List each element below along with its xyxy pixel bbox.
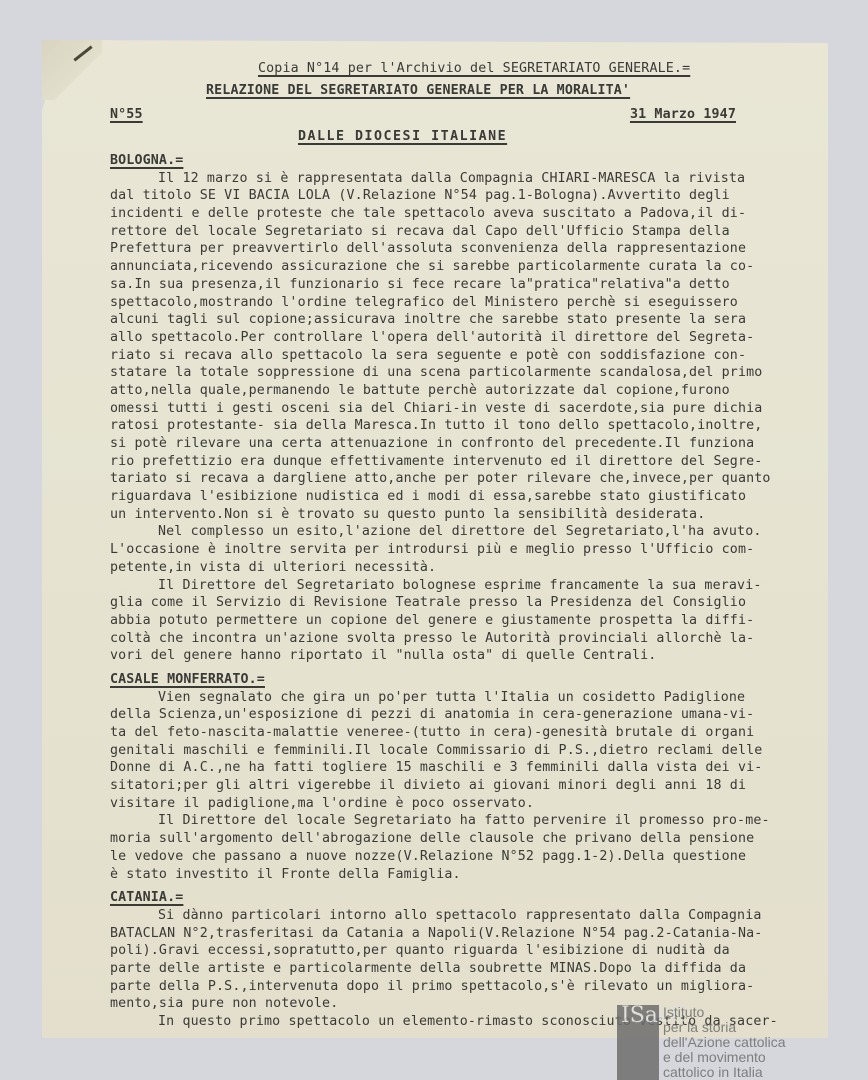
text-line: annunciata,ricevendo assicurazione che s… [110, 258, 830, 276]
report-date: 31 Marzo 1947 [630, 106, 736, 128]
text-line: allo spettacolo.Per controllare l'opera … [110, 329, 830, 347]
watermark-line: dell'Azione cattolica [663, 1035, 786, 1050]
text-line: si potè rilevare una certa attenuazione … [110, 435, 830, 453]
section-heading-text: BOLOGNA.= [110, 153, 183, 168]
text-line: è stato investito il Fronte della Famigl… [110, 866, 830, 884]
section-heading: CASALE MONFERRATO.= [110, 671, 830, 689]
text-line: genitali maschili e femminili.Il locale … [110, 742, 830, 760]
text-line: Il Direttore del Segretariato bolognese … [110, 577, 830, 595]
text-line: della Scienza,un'esposizione di pezzi di… [110, 706, 830, 724]
text-line: Prefettura per preavvertirlo dell'assolu… [110, 240, 830, 258]
text-line: spettacolo,mostrando l'ordine telegrafic… [110, 294, 830, 312]
text-line: vori del genere hanno riportato il "null… [110, 647, 830, 665]
text-line: Donne di A.C.,ne ha fatti togliere 15 ma… [110, 759, 830, 777]
text-line: glia come il Servizio di Revisione Teatr… [110, 594, 830, 612]
report-number: N°55 [110, 106, 143, 128]
text-line: le vedove che passano a nuove nozze(V.Re… [110, 848, 830, 866]
text-line: statare la totale soppressione di una sc… [110, 364, 830, 382]
text-line: omessi tutti i gesti osceni sia del Chia… [110, 400, 830, 418]
text-line: Si dànno particolari intorno allo spetta… [110, 907, 830, 925]
watermark-line: Istituto [663, 1005, 786, 1020]
text-line: un intervento.Non si è trovato su questo… [110, 506, 830, 524]
watermark-text: Istitutoper la storiadell'Azione cattoli… [659, 1005, 786, 1080]
text-line: tariato si recava a dargliene atto,anche… [110, 470, 830, 488]
section-title-text: DALLE DIOCESI ITALIANE [298, 129, 507, 144]
text-line: abbia potuto permettere un copione del g… [110, 612, 830, 630]
text-line: dal titolo SE VI BACIA LOLA (V.Relazione… [110, 187, 830, 205]
text-line: sa.In sua presenza,il funzionario si fec… [110, 276, 830, 294]
text-line: riguardava l'esibizione nudistica ed i m… [110, 488, 830, 506]
text-line: ta del feto-nascita-malattie veneree-(tu… [110, 724, 830, 742]
text-line: coltà che incontra un'azione svolta pres… [110, 630, 830, 648]
document-content: Copia N°14 per l'Archivio del SEGRETARIA… [110, 60, 830, 1037]
text-line: L'occasione è inoltre servita per introd… [110, 541, 830, 559]
text-line: parte delle artiste e particolarmente de… [110, 960, 830, 978]
text-line: rettore del locale Segretariato si recav… [110, 223, 830, 241]
text-line: Il 12 marzo si è rappresentata dalla Com… [110, 170, 830, 188]
report-title: RELAZIONE DEL SEGRETARIATO GENERALE PER … [110, 82, 830, 106]
isaec-logo-icon: ISaeC [617, 1005, 659, 1080]
watermark-line: cattolico in Italia [663, 1065, 786, 1080]
text-line: Il Direttore del locale Segretariato ha … [110, 812, 830, 830]
text-line: sitatori;per gli altri vigerebbe il divi… [110, 777, 830, 795]
text-line: BATACLAN N°2,trasferitasi da Catania a N… [110, 925, 830, 943]
section-heading: BOLOGNA.= [110, 152, 830, 170]
report-sections: BOLOGNA.=Il 12 marzo si è rappresentata … [110, 152, 830, 1037]
report-meta-row: N°55 31 Marzo 1947 [110, 106, 736, 128]
text-line: alcuni tagli sul copione;assicurava inol… [110, 311, 830, 329]
text-line: Nel complesso un esito,l'azione del dire… [110, 523, 830, 541]
text-line: moria sull'argomento dell'abrogazione de… [110, 830, 830, 848]
copy-line-text: Copia N°14 per l'Archivio del SEGRETARIA… [258, 61, 690, 76]
copy-line: Copia N°14 per l'Archivio del SEGRETARIA… [110, 60, 830, 82]
section-title: DALLE DIOCESI ITALIANE [110, 128, 830, 152]
text-line: riato si recava allo spettacolo la sera … [110, 347, 830, 365]
section-heading: CATANIA.= [110, 889, 830, 907]
watermark-line: e del movimento [663, 1050, 786, 1065]
text-line: ratosi protestante- sia della Maresca.In… [110, 417, 830, 435]
text-line: Vien segnalato che gira un po'per tutta … [110, 689, 830, 707]
section-heading-text: CATANIA.= [110, 890, 183, 905]
text-line: parte della P.S.,intervenuta dopo il pri… [110, 978, 830, 996]
section-heading-text: CASALE MONFERRATO.= [110, 672, 265, 687]
text-line: incidenti e delle proteste che tale spet… [110, 205, 830, 223]
text-line: atto,nella quale,permanendo le battute p… [110, 382, 830, 400]
text-line: petente,in vista di ulteriori necessità. [110, 559, 830, 577]
text-line: visitare il padiglione,ma l'ordine è poc… [110, 795, 830, 813]
watermark-line: per la storia [663, 1020, 786, 1035]
institute-watermark: ISaeC Istitutoper la storiadell'Azione c… [617, 1005, 817, 1080]
report-title-text: RELAZIONE DEL SEGRETARIATO GENERALE PER … [206, 83, 630, 98]
text-line: rio prefettizio era dunque effettivament… [110, 453, 830, 471]
text-line: poli).Gravi eccessi,sopratutto,per quant… [110, 942, 830, 960]
